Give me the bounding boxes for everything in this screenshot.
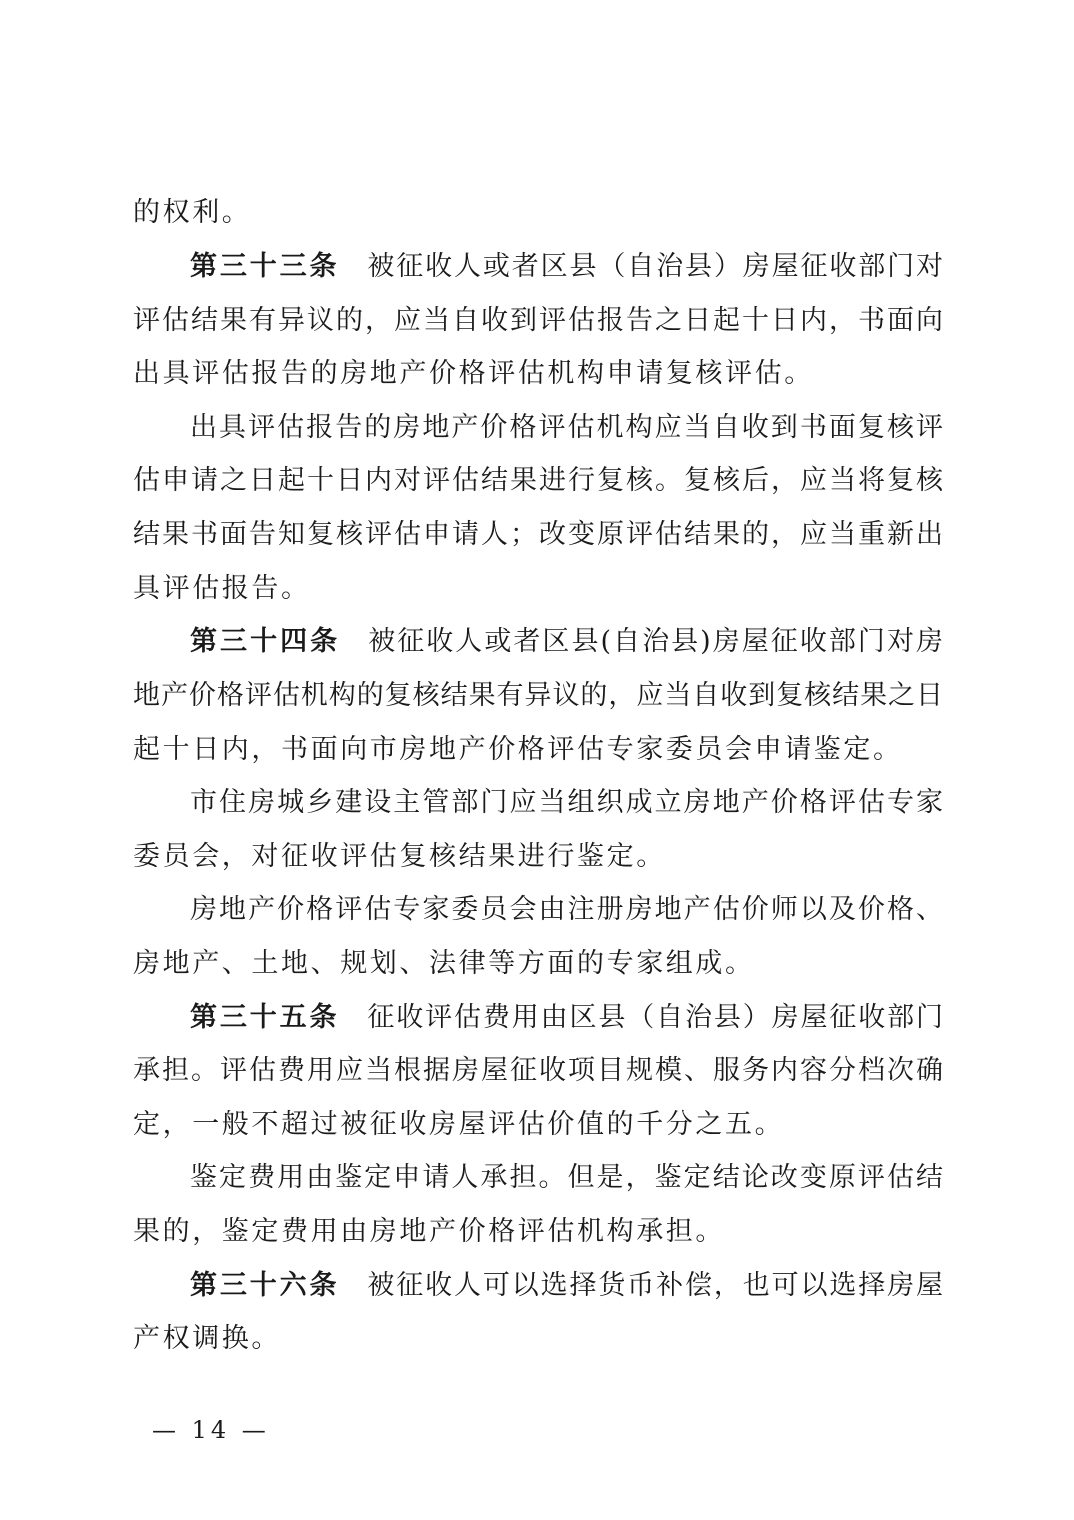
line-text: 定，一般不超过被征收房屋评估价值的千分之五。 <box>133 1109 784 1140</box>
paragraph-line: 具评估报告。 <box>133 572 943 606</box>
paragraph-line: 出具评估报告的房地产价格评估机构应当自收到书面复核评 <box>190 411 943 445</box>
line-text: 被征收人或者区县（自治县）房屋征收部门对 <box>367 251 943 282</box>
line-text: 具评估报告。 <box>133 573 311 604</box>
paragraph-line: 地产价格评估机构的复核结果有异议的，应当自收到复核结果之日 <box>133 679 943 713</box>
line-text: 地产价格评估机构的复核结果有异议的，应当自收到复核结果之日 <box>133 680 943 711</box>
line-text: 鉴定费用由鉴定申请人承担。但是，鉴定结论改变原评估结 <box>190 1162 943 1193</box>
paragraph-line: 市住房城乡建设主管部门应当组织成立房地产价格评估专家 <box>190 786 943 820</box>
line-text: 委员会，对征收评估复核结果进行鉴定。 <box>133 841 666 872</box>
paragraph-line: 委员会，对征收评估复核结果进行鉴定。 <box>133 840 943 874</box>
line-text: 承担。评估费用应当根据房屋征收项目规模、服务内容分档次确 <box>133 1055 943 1086</box>
page-number: — 14 — <box>152 1416 270 1444</box>
line-text: 被征收人或者区县(自治县)房屋征收部门对房 <box>368 626 943 657</box>
line-text: 起十日内，书面向市房地产价格评估专家委员会申请鉴定。 <box>133 734 903 765</box>
article-paragraph-line: 第三十三条被征收人或者区县（自治县）房屋征收部门对 <box>190 250 943 284</box>
paragraph-line: 承担。评估费用应当根据房屋征收项目规模、服务内容分档次确 <box>133 1054 943 1088</box>
line-text: 出具评估报告的房地产价格评估机构申请复核评估。 <box>133 358 814 389</box>
paragraph-line: 产权调换。 <box>133 1322 943 1356</box>
paragraph-line: 房地产价格评估专家委员会由注册房地产估价师以及价格、 <box>190 893 943 927</box>
line-text: 被征收人可以选择货币补偿，也可以选择房屋 <box>367 1270 943 1301</box>
line-text: 的权利。 <box>133 197 251 228</box>
paragraph-line: 定，一般不超过被征收房屋评估价值的千分之五。 <box>133 1108 943 1142</box>
document-page: 的权利。第三十三条被征收人或者区县（自治县）房屋征收部门对评估结果有异议的，应当… <box>0 0 1074 1520</box>
line-text: 产权调换。 <box>133 1323 281 1354</box>
paragraph-line: 估申请之日起十日内对评估结果进行复核。复核后，应当将复核 <box>133 464 943 498</box>
paragraph-line: 鉴定费用由鉴定申请人承担。但是，鉴定结论改变原评估结 <box>190 1161 943 1195</box>
paragraph-line: 的权利。 <box>133 196 943 230</box>
paragraph-line: 出具评估报告的房地产价格评估机构申请复核评估。 <box>133 357 943 391</box>
article-heading: 第三十六条 <box>190 1270 339 1301</box>
line-text: 征收评估费用由区县（自治县）房屋征收部门 <box>367 1002 943 1033</box>
line-text: 评估结果有异议的，应当自收到评估报告之日起十日内，书面向 <box>133 305 943 336</box>
paragraph-line: 果的，鉴定费用由房地产价格评估机构承担。 <box>133 1215 943 1249</box>
line-text: 果的，鉴定费用由房地产价格评估机构承担。 <box>133 1216 725 1247</box>
paragraph-line: 起十日内，书面向市房地产价格评估专家委员会申请鉴定。 <box>133 733 943 767</box>
line-text: 出具评估报告的房地产价格评估机构应当自收到书面复核评 <box>190 412 943 443</box>
line-text: 市住房城乡建设主管部门应当组织成立房地产价格评估专家 <box>190 787 943 818</box>
paragraph-line: 结果书面告知复核评估申请人；改变原评估结果的，应当重新出 <box>133 518 943 552</box>
article-heading: 第三十五条 <box>190 1002 339 1033</box>
line-text: 估申请之日起十日内对评估结果进行复核。复核后，应当将复核 <box>133 465 943 496</box>
article-paragraph-line: 第三十六条被征收人可以选择货币补偿，也可以选择房屋 <box>190 1269 943 1303</box>
paragraph-line: 房地产、土地、规划、法律等方面的专家组成。 <box>133 947 943 981</box>
line-text: 房地产价格评估专家委员会由注册房地产估价师以及价格、 <box>190 894 943 925</box>
article-paragraph-line: 第三十四条被征收人或者区县(自治县)房屋征收部门对房 <box>190 625 943 659</box>
line-text: 房地产、土地、规划、法律等方面的专家组成。 <box>133 948 755 979</box>
article-paragraph-line: 第三十五条征收评估费用由区县（自治县）房屋征收部门 <box>190 1001 943 1035</box>
article-heading: 第三十四条 <box>190 626 340 657</box>
line-text: 结果书面告知复核评估申请人；改变原评估结果的，应当重新出 <box>133 519 943 550</box>
article-heading: 第三十三条 <box>190 251 339 282</box>
paragraph-line: 评估结果有异议的，应当自收到评估报告之日起十日内，书面向 <box>133 304 943 338</box>
